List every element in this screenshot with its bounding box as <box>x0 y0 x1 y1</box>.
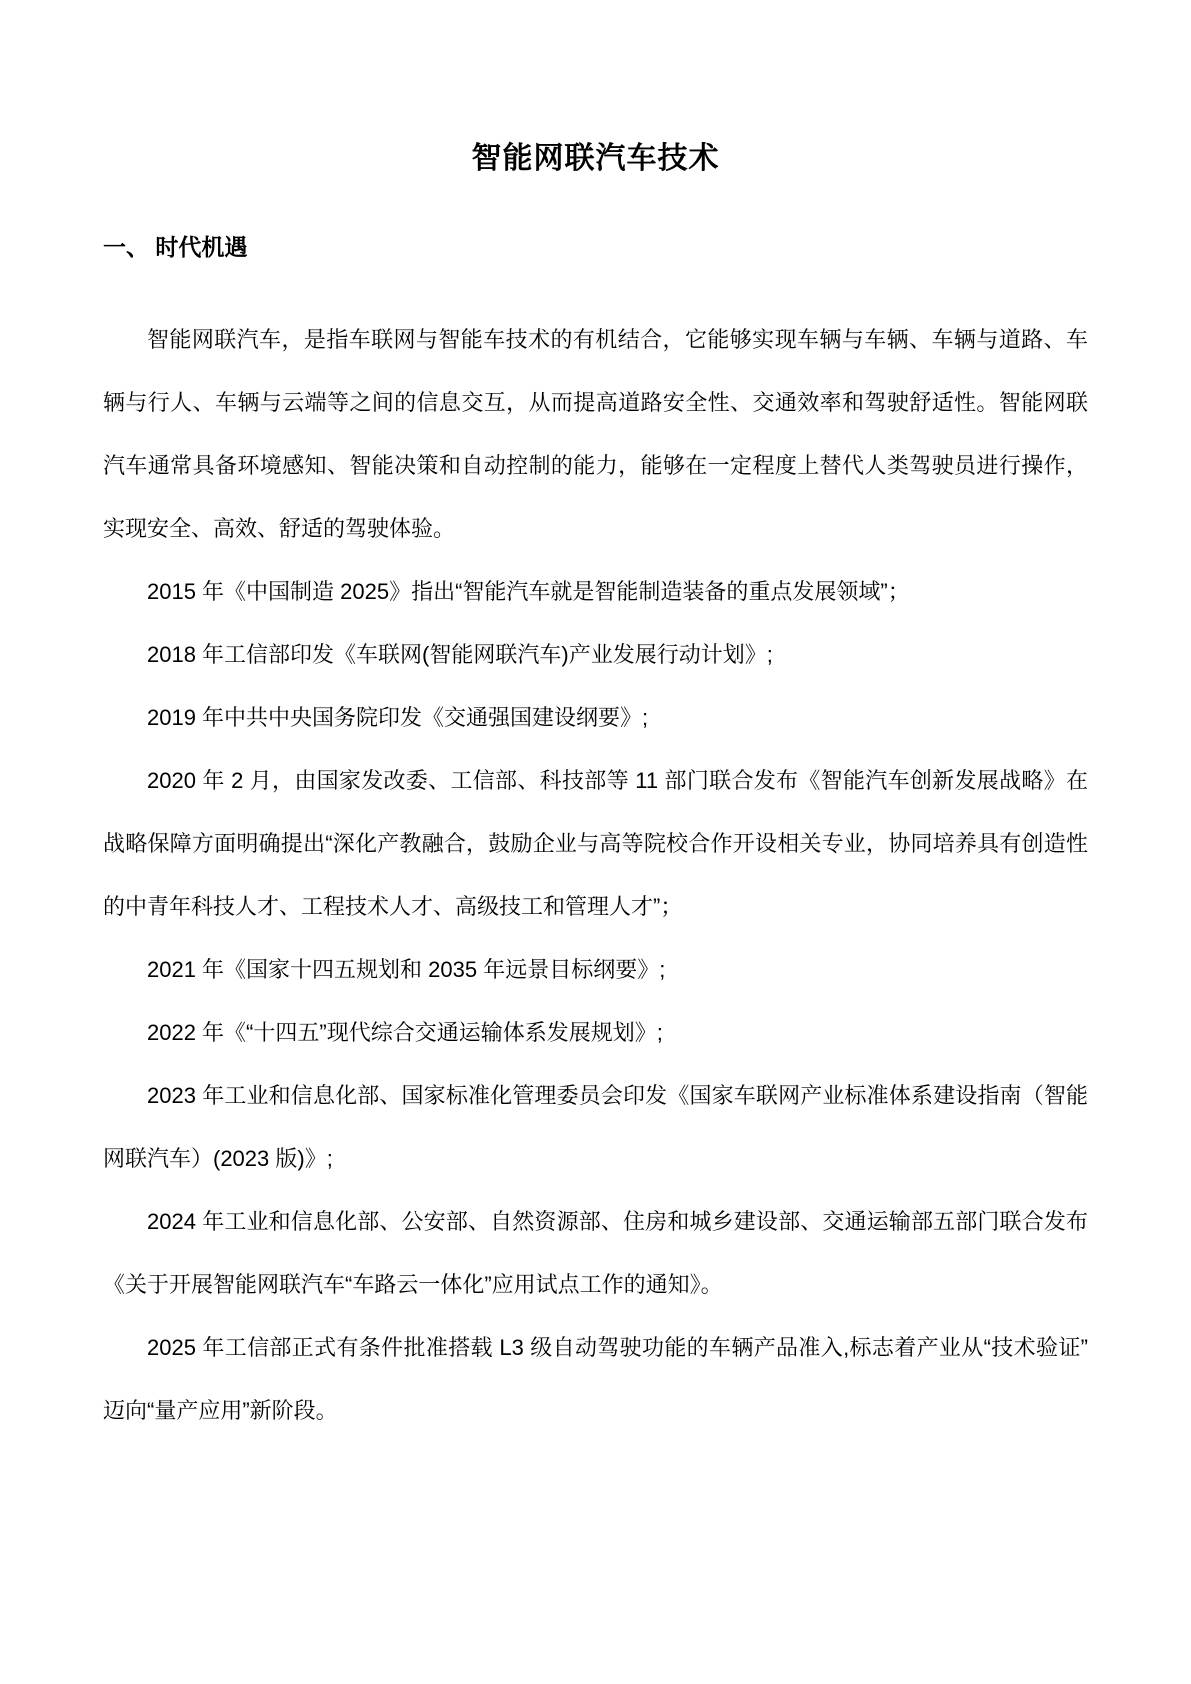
body-paragraph: 2023 年工业和信息化部、国家标准化管理委员会印发《国家车联网产业标准体系建设… <box>103 1064 1088 1190</box>
document-title: 智能网联汽车技术 <box>103 140 1088 178</box>
section-heading: 一、 时代机遇 <box>103 232 1088 262</box>
body-paragraph: 2019 年中共中央国务院印发《交通强国建设纲要》; <box>103 686 1088 749</box>
document-page: 智能网联汽车技术 一、 时代机遇 智能网联汽车，是指车联网与智能车技术的有机结合… <box>0 0 1191 1684</box>
body-paragraph: 2022 年《“十四五”现代综合交通运输体系发展规划》; <box>103 1001 1088 1064</box>
body-paragraph: 2021 年《国家十四五规划和 2035 年远景目标纲要》; <box>103 938 1088 1001</box>
body-paragraph: 2015 年《中国制造 2025》指出“智能汽车就是智能制造装备的重点发展领域”… <box>103 560 1088 623</box>
body-paragraph: 智能网联汽车，是指车联网与智能车技术的有机结合，它能够实现车辆与车辆、车辆与道路… <box>103 308 1088 560</box>
body-paragraph: 2020 年 2 月，由国家发改委、工信部、科技部等 11 部门联合发布《智能汽… <box>103 749 1088 938</box>
body-paragraph: 2025 年工信部正式有条件批准搭载 L3 级自动驾驶功能的车辆产品准入,标志着… <box>103 1316 1088 1442</box>
body-paragraph: 2018 年工信部印发《车联网(智能网联汽车)产业发展行动计划》; <box>103 623 1088 686</box>
body-paragraph: 2024 年工业和信息化部、公安部、自然资源部、住房和城乡建设部、交通运输部五部… <box>103 1190 1088 1316</box>
document-body: 智能网联汽车，是指车联网与智能车技术的有机结合，它能够实现车辆与车辆、车辆与道路… <box>103 308 1088 1442</box>
